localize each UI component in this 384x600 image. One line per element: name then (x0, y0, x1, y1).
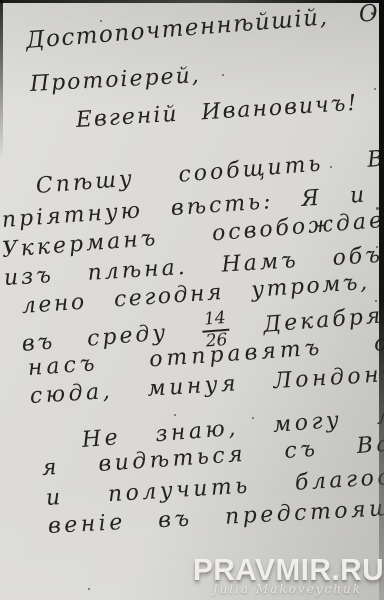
letter-line: Достопочтеннѣйшій, Отецъ (25, 0, 384, 53)
ink-speck (174, 414, 176, 416)
letter-photo: Достопочтеннѣйшій, Отецъ Протоіерей, Евг… (0, 0, 384, 600)
ink-speck (371, 12, 374, 15)
ink-speck (252, 417, 254, 419)
ink-speck (376, 246, 378, 248)
letter-line: Протоіерей, (29, 65, 201, 96)
ink-speck (100, 20, 102, 22)
photo-edge-top (0, 0, 384, 3)
ink-speck (374, 88, 376, 90)
watermark-credit: Julia Makoveychuk (185, 582, 362, 596)
ink-speck (330, 166, 332, 168)
photo-edge-right (379, 0, 384, 600)
letter-line: Евгеній Ивановичъ! (75, 93, 359, 132)
ink-speck (375, 300, 377, 302)
photo-edge-left (0, 0, 3, 160)
watermark: PRAVMIR.RU Julia Makoveychuk (185, 554, 384, 596)
watermark-site: PRAVMIR.RU (193, 554, 384, 585)
ink-speck (222, 74, 224, 76)
ink-speck (88, 588, 90, 590)
